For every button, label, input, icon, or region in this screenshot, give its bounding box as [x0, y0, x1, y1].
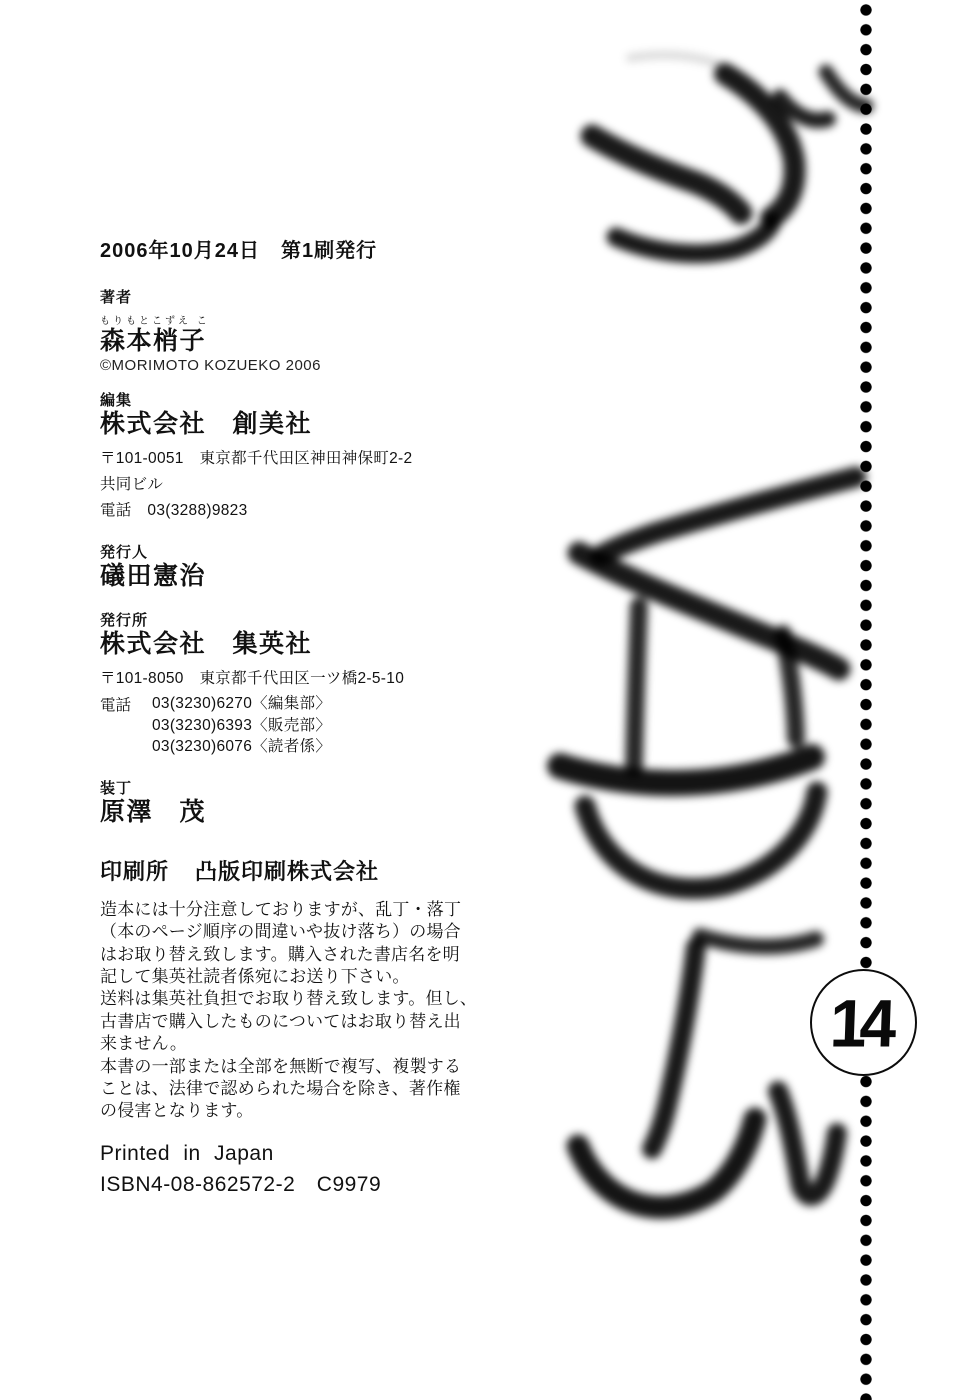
publisher-label: 発行所: [100, 609, 510, 630]
notice-line: 本書の一部または全部を無断で複写、複製する: [100, 1056, 510, 1078]
printed-in-japan: Printed in Japan: [100, 1142, 510, 1166]
author-furigana: もりもとこずえ こ: [100, 312, 510, 327]
author-section: 著者 もりもとこずえ こ 森本梢子 ©MORIMOTO KOZUEKO 2006: [100, 286, 510, 374]
colophon-column: 2006年10月24日 第1刷発行 著者 もりもとこずえ こ 森本梢子 ©MOR…: [100, 234, 510, 1198]
notice-line: 送料は集英社負担でお取り替え致します。但し、: [100, 988, 510, 1010]
designer-name: 原澤 茂: [100, 798, 510, 826]
publisher-address: 〒101-8050 東京都千代田区一ツ橋2-5-10: [100, 666, 510, 688]
copyright-line: ©MORIMOTO KOZUEKO 2006: [100, 357, 510, 374]
editing-company-name: 株式会社 創美社: [100, 410, 510, 438]
publisher-phone-list: 03(3230)6270〈編集部〉 03(3230)6393〈販売部〉 03(3…: [152, 693, 331, 758]
publisher-phone-block: 電話 03(3230)6270〈編集部〉 03(3230)6393〈販売部〉 0…: [100, 693, 510, 758]
notice-line: 造本には十分注意しておりますが、乱丁・落丁: [100, 899, 510, 921]
printer-name: 凸版印刷株式会社: [195, 855, 379, 886]
publisher-person-name: 礒田憲治: [100, 562, 510, 590]
notice-line: の侵害となります。: [100, 1100, 510, 1122]
volume-number: 14: [829, 984, 898, 1062]
publisher-person-section: 発行人 礒田憲治: [100, 541, 510, 590]
editing-section: 編集 株式会社 創美社 〒101-0051 東京都千代田区神田神保町2-2 共同…: [100, 389, 510, 520]
colophon-page: 14 2006年10月24日 第1刷発行 著者 もりもとこずえ こ 森本梢子 ©…: [0, 0, 959, 1400]
notice-line: （本のページ順序の間違いや抜け落ち）の場合: [100, 921, 510, 943]
phone-readers: 03(3230)6076〈読者係〉: [152, 736, 331, 758]
editing-address-line2: 共同ビル: [100, 472, 510, 494]
author-name: 森本梢子: [100, 327, 510, 355]
publisher-person-label: 発行人: [100, 541, 510, 562]
background-calligraphy: [520, 30, 959, 1280]
phone-sales: 03(3230)6393〈販売部〉: [152, 715, 331, 737]
notice-line: はお取り替え致します。購入された書店名を明: [100, 944, 510, 966]
design-section: 装丁 原澤 茂: [100, 777, 510, 826]
author-label: 著者: [100, 286, 510, 307]
notice-line: ことは、法律で認められた場合を除き、著作権: [100, 1078, 510, 1100]
volume-badge: 14: [810, 969, 917, 1076]
printer-label: 印刷所: [100, 855, 169, 886]
publisher-company-name: 株式会社 集英社: [100, 630, 510, 658]
publisher-section: 発行所 株式会社 集英社 〒101-8050 東京都千代田区一ツ橋2-5-10 …: [100, 609, 510, 758]
publisher-phone-label: 電話: [100, 693, 152, 758]
replacement-notice: 造本には十分注意しておりますが、乱丁・落丁 （本のページ順序の間違いや抜け落ち）…: [100, 899, 510, 1123]
notice-line: 古書店で購入したものについてはお取り替え出: [100, 1011, 510, 1033]
design-label: 装丁: [100, 777, 510, 798]
dotted-divider: [860, 0, 872, 1400]
notice-line: 来ません。: [100, 1033, 510, 1055]
print-date-line: 2006年10月24日 第1刷発行: [100, 234, 510, 263]
isbn-line: ISBN4-08-862572-2 C9979: [100, 1168, 510, 1198]
phone-editorial: 03(3230)6270〈編集部〉: [152, 693, 331, 715]
printer-section: 印刷所 凸版印刷株式会社: [100, 855, 510, 886]
notice-line: 記して集英社読者係宛にお送り下さい。: [100, 966, 510, 988]
editing-phone-line: 電話 03(3288)9823: [100, 498, 510, 520]
editing-label: 編集: [100, 389, 510, 410]
editing-address-line1: 〒101-0051 東京都千代田区神田神保町2-2: [100, 446, 510, 468]
